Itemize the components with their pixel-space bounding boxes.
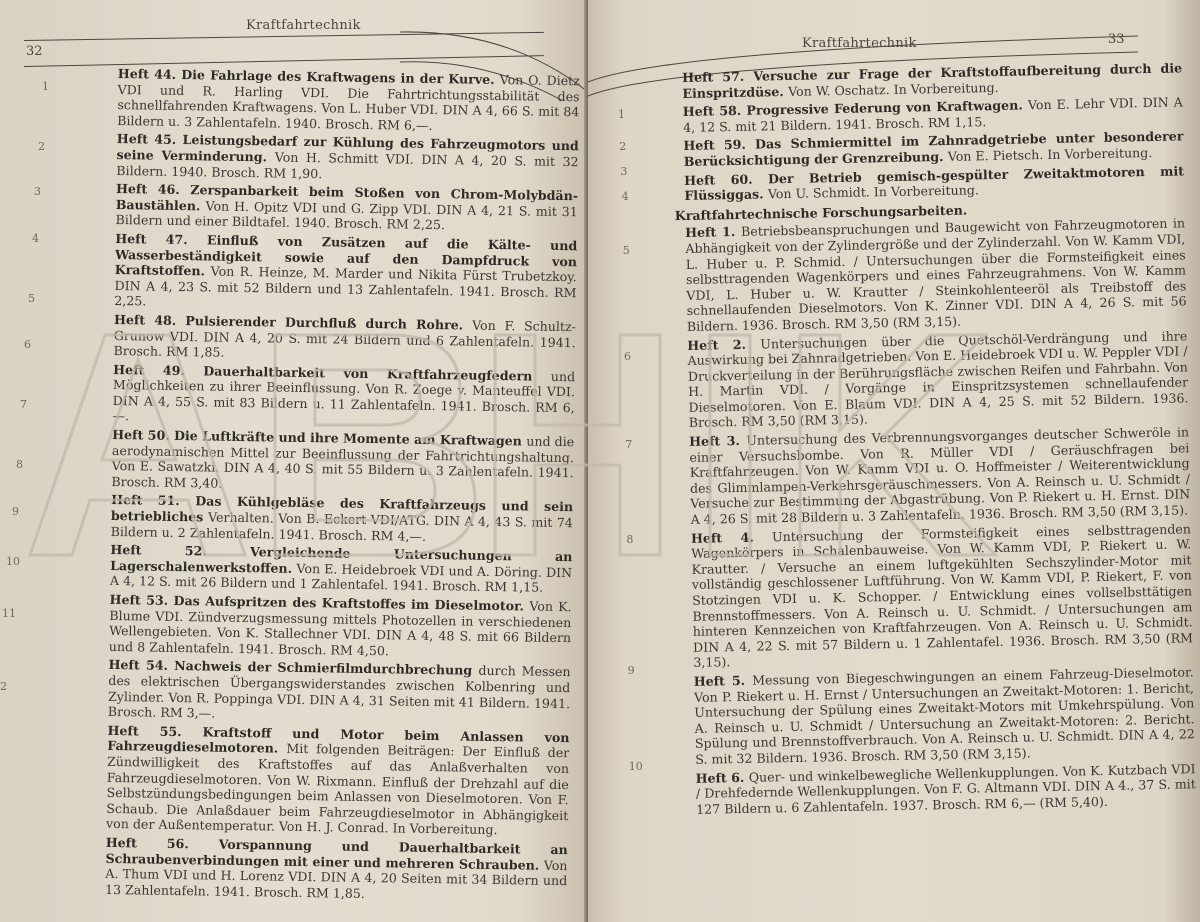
catalog-entry: Heft 4. Untersuchung der Formsteifigkeit…	[691, 521, 1194, 671]
entry-body: Von W. Oschatz. In Vorbereitung.	[788, 80, 999, 99]
margin-number: 7	[20, 398, 27, 411]
margin-number: 5	[623, 244, 630, 257]
entry-body: Von E. Pietsch. In Vorbereitung.	[948, 145, 1153, 164]
right-page: Kraftfahrtechnik 33 12345678910 Heft 57.…	[588, 0, 1200, 922]
heft-number: Heft 3.	[689, 433, 746, 449]
heft-number: Heft 54.	[108, 657, 174, 673]
heft-number: Heft 4.	[691, 529, 772, 546]
margin-number: 8	[626, 533, 633, 546]
heft-number: Heft 58.	[683, 103, 747, 119]
heft-number: Heft 47.	[115, 231, 207, 247]
left-entry-list: Heft 44. Die Fahrlage des Kraftwagens in…	[105, 66, 580, 907]
margin-number: 3	[620, 165, 627, 178]
entry-body: Messung von Biegeschwingungen an einem F…	[694, 664, 1195, 767]
catalog-entry: Heft 56. Vorspannung und Dauerhaltbarkei…	[105, 835, 568, 905]
heft-number: Heft 60.	[684, 171, 768, 188]
catalog-entry: Heft 46. Zerspanbarkeit beim Stoßen von …	[115, 181, 578, 235]
heft-number: Heft 48.	[114, 312, 186, 328]
margin-number: 7	[625, 438, 632, 451]
margin-number: 3	[34, 185, 41, 198]
heft-number: Heft 1.	[685, 224, 741, 240]
left-page: Kraftfahrtechnik 32 12345678910112 Heft …	[0, 0, 588, 922]
margin-number: 9	[12, 505, 19, 518]
running-title: Kraftfahrtechnik	[246, 18, 361, 33]
catalog-entry: Heft 48. Pulsierender Durchfluß durch Ro…	[113, 312, 576, 366]
catalog-entry: Heft 45. Leistungsbedarf zur Kühlung des…	[116, 131, 579, 185]
heft-number: Heft 57.	[682, 69, 753, 85]
book-spread: Kraftfahrtechnik 32 12345678910112 Heft …	[0, 0, 1200, 922]
entry-body: Untersuchungen über die Quetschöl-Verdrä…	[687, 328, 1188, 431]
catalog-entry: Heft 2. Untersuchungen über die Quetschö…	[687, 328, 1189, 431]
catalog-entry: Heft 50. Die Luftkräfte und ihre Momente…	[111, 427, 574, 497]
heft-number: Heft 44.	[118, 66, 182, 82]
margin-number: 2	[38, 140, 45, 153]
right-entry-list: Heft 57. Versuche zur Frage der Kraftsto…	[682, 60, 1196, 820]
heft-number: Heft 55.	[107, 723, 202, 739]
margin-number: 11	[2, 607, 16, 620]
margin-number: 8	[16, 458, 23, 471]
margin-number: 1	[42, 80, 49, 93]
heft-number: Heft 56.	[106, 835, 219, 852]
catalog-entry: Heft 3. Untersuchung des Verbrennungsvor…	[689, 424, 1191, 527]
heft-number: Heft 49.	[113, 362, 203, 378]
heft-number: Heft 2.	[687, 336, 760, 352]
catalog-entry: Heft 47. Einfluß von Zusätzen auf die Kä…	[114, 231, 577, 316]
page-number: 33	[1108, 32, 1125, 47]
entry-body: Betriebsbeanspruchungen und Baugewicht v…	[685, 216, 1186, 334]
heft-number: Heft 59.	[683, 137, 755, 153]
running-title: Kraftfahrtechnik	[802, 36, 917, 51]
margin-number: 9	[628, 664, 635, 677]
margin-number: 10	[629, 760, 643, 773]
catalog-entry: Heft 1. Betriebsbeanspruchungen und Baug…	[685, 216, 1187, 335]
catalog-entry: Heft 5. Messung von Biegeschwingungen an…	[694, 664, 1196, 767]
margin-number: 2	[0, 680, 7, 693]
heft-number: Heft 53.	[110, 592, 174, 608]
entry-body: Mit folgenden Beiträgen: Der Einfluß der…	[106, 741, 569, 837]
heft-number: Heft 50.	[112, 427, 174, 443]
catalog-entry: Heft 49. Dauerhaltbarkeit von Kraftfahrz…	[112, 362, 575, 432]
catalog-entry: Heft 6. Quer- und winkelbewegliche Welle…	[695, 761, 1196, 817]
margin-number: 4	[622, 190, 629, 203]
margin-number: 2	[619, 140, 626, 153]
heft-number: Heft 51.	[111, 492, 195, 508]
heft-number: Heft 52.	[110, 542, 250, 559]
margin-number: 4	[32, 232, 39, 245]
catalog-entry: Heft 44. Die Fahrlage des Kraftwagens in…	[117, 66, 580, 136]
margin-number: 10	[6, 555, 20, 568]
catalog-entry: Heft 52. Vergleichende Untersuchungen an…	[110, 542, 573, 596]
margin-number: 6	[24, 338, 31, 351]
catalog-entry: Heft 55. Kraftstoff und Motor beim Anlas…	[106, 723, 570, 839]
heft-number: Heft 6.	[695, 769, 748, 785]
margin-number: 6	[624, 350, 631, 363]
margin-number: 1	[618, 108, 625, 121]
catalog-entry: Heft 54. Nachweis der Schmierfilmdurchbr…	[108, 657, 571, 727]
margin-number: 5	[28, 292, 35, 305]
catalog-entry: Heft 60. Der Betrieb gemisch-gespülter Z…	[684, 163, 1185, 204]
entry-body: Untersuchung des Verbrennungsvorganges d…	[689, 424, 1190, 527]
entry-body: Quer- und winkelbewegliche Wellenkupplun…	[696, 761, 1196, 817]
catalog-entry: Heft 53. Das Aufspritzen des Kraftstoffe…	[109, 592, 572, 662]
heft-number: Heft 46.	[116, 181, 191, 197]
catalog-entry: Heft 51. Das Kühlgebläse des Kraftfahrze…	[111, 492, 574, 546]
heft-number: Heft 5.	[694, 673, 753, 689]
heft-number: Heft 45.	[117, 131, 183, 147]
page-number: 32	[26, 44, 43, 59]
entry-body: Von U. Schmidt. In Vorbereitung.	[768, 182, 979, 201]
